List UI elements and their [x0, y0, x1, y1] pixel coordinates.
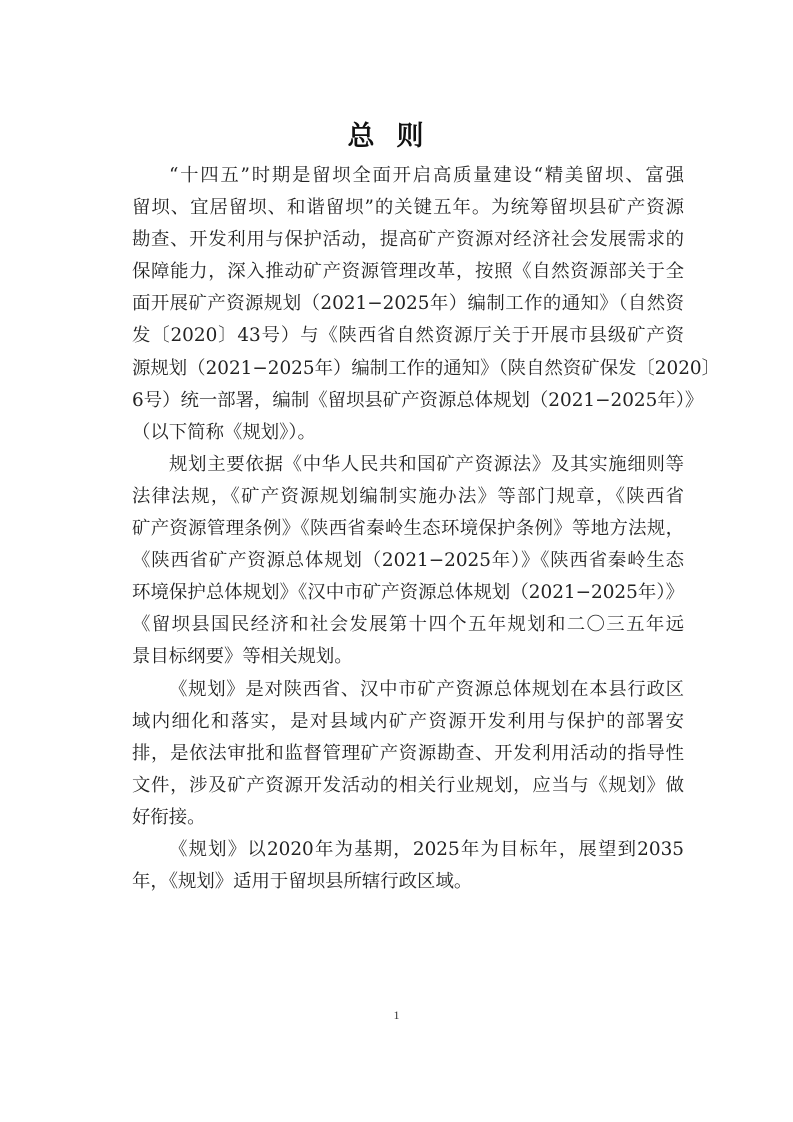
text-line: 《陕西省矿产资源总体规划（2021−2025年）》《陕西省秦岭生态	[132, 545, 684, 577]
paragraph-4: 《规划》以2020年为基期，2025年为目标年，展望到2035 年，《规划》适用…	[132, 834, 684, 898]
text-line: 排，是依法审批和监督管理矿产资源勘查、开发利用活动的指导性	[132, 738, 684, 770]
page-number: 1	[0, 1008, 793, 1023]
page-title: 总则	[0, 114, 793, 153]
document-page: 总则 “十四五”时期是留坝全面开启高质量建设“精美留坝、富强 留坝、宜居留坝、和…	[0, 0, 793, 1122]
text-line: 6号）统一部署，编制《留坝县矿产资源总体规划（2021−2025年）》	[132, 385, 684, 417]
text-line: 环境保护总体规划》《汉中市矿产资源总体规划（2021−2025年）》	[132, 577, 684, 609]
text-line: 《规划》以2020年为基期，2025年为目标年，展望到2035	[132, 834, 684, 866]
text-line: 面开展矿产资源规划（2021−2025年）编制工作的通知》（自然资	[132, 288, 684, 320]
text-line: 好衔接。	[132, 802, 684, 834]
text-line: 域内细化和落实，是对县域内矿产资源开发利用与保护的部署安	[132, 706, 684, 738]
text-line: 法律法规，《矿产资源规划编制实施办法》等部门规章，《陕西省	[132, 481, 684, 513]
text-line: 规划主要依据《中华人民共和国矿产资源法》及其实施细则等	[132, 449, 684, 481]
text-line: 年，《规划》适用于留坝县所辖行政区域。	[132, 866, 684, 898]
text-line: 景目标纲要》等相关规划。	[132, 641, 684, 673]
paragraph-3: 《规划》是对陕西省、汉中市矿产资源总体规划在本县行政区 域内细化和落实，是对县域…	[132, 674, 684, 834]
text-line: 勘查、开发利用与保护活动，提高矿产资源对经济社会发展需求的	[132, 224, 684, 256]
text-line: 《规划》是对陕西省、汉中市矿产资源总体规划在本县行政区	[132, 674, 684, 706]
text-line: 留坝、宜居留坝、和谐留坝”的关键五年。为统筹留坝县矿产资源	[132, 192, 684, 224]
text-line: 矿产资源管理条例》《陕西省秦岭生态环境保护条例》等地方法规，	[132, 513, 684, 545]
document-body: “十四五”时期是留坝全面开启高质量建设“精美留坝、富强 留坝、宜居留坝、和谐留坝…	[132, 160, 684, 898]
paragraph-2: 规划主要依据《中华人民共和国矿产资源法》及其实施细则等 法律法规，《矿产资源规划…	[132, 449, 684, 674]
text-line: 发〔2020〕43号）与《陕西省自然资源厅关于开展市县级矿产资	[132, 320, 684, 352]
text-line: （以下简称《规划》）。	[132, 417, 684, 449]
text-line: 《留坝县国民经济和社会发展第十四个五年规划和二〇三五年远	[132, 609, 684, 641]
text-line: “十四五”时期是留坝全面开启高质量建设“精美留坝、富强	[132, 160, 684, 192]
text-line: 保障能力，深入推动矿产资源管理改革，按照《自然资源部关于全	[132, 256, 684, 288]
text-line: 文件，涉及矿产资源开发活动的相关行业规划，应当与《规划》做	[132, 770, 684, 802]
paragraph-1: “十四五”时期是留坝全面开启高质量建设“精美留坝、富强 留坝、宜居留坝、和谐留坝…	[132, 160, 684, 449]
text-line: 源规划（2021−2025年）编制工作的通知》（陕自然资矿保发〔2020〕	[132, 353, 684, 385]
